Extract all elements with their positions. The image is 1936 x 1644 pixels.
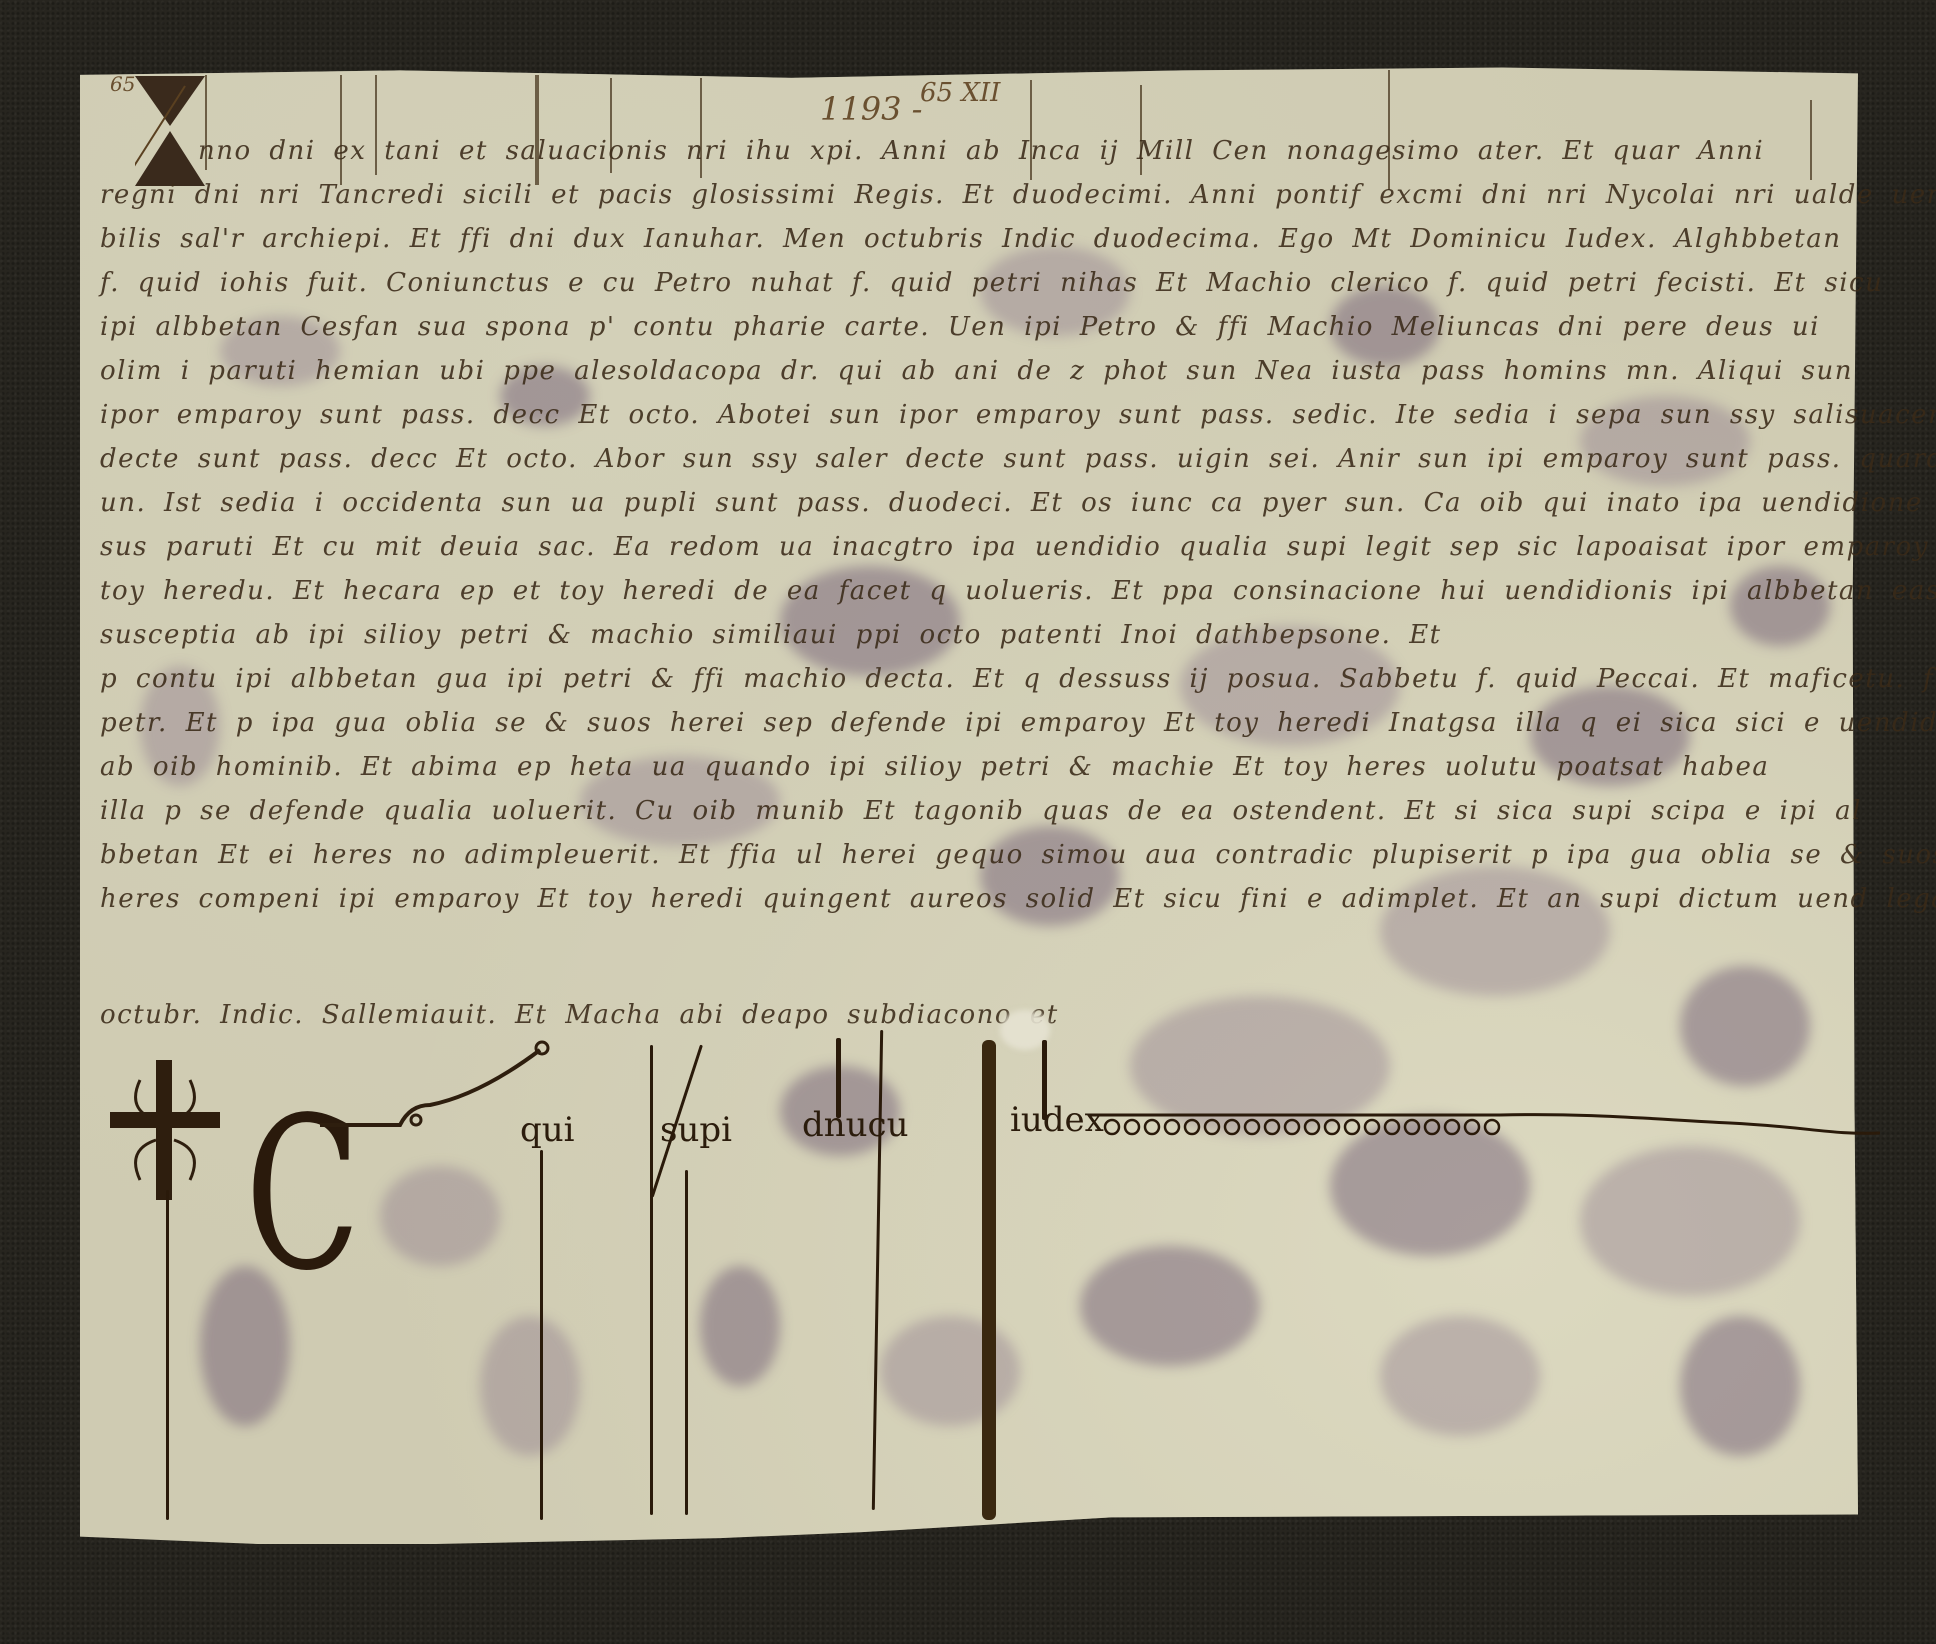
- text-line: bilis sal'r archiepi. Et ffi dni dux Ian…: [100, 224, 1841, 254]
- text-line: p contu ipi albbetan gua ipi petri & ffi…: [100, 664, 1936, 694]
- text-line: f. quid iohis fuit. Coniunctus e cu Petr…: [100, 268, 1883, 298]
- marginal-note-left: 65: [110, 72, 135, 96]
- subscription-word-dnucu: dnucu: [802, 1105, 909, 1145]
- text-line: un. Ist sedia i occidenta sun ua pupli s…: [100, 488, 1936, 518]
- text-line: decte sunt pass. decc Et octo. Abor sun …: [100, 444, 1936, 474]
- text-line: heres compeni ipi emparoy Et toy heredi …: [100, 884, 1936, 914]
- text-line: ipor emparoy sunt pass. decc Et octo. Ab…: [100, 400, 1936, 430]
- text-line: regni dni nri Tancredi sicili et pacis g…: [100, 180, 1936, 210]
- marginal-number: 65 XII: [920, 78, 1000, 108]
- text-line: sus paruti Et cu mit deuia sac. Ea redom…: [100, 532, 1936, 562]
- supi-stroke-2: [685, 1170, 688, 1515]
- text-line: petr. Et p ipa gua oblia se & suos herei…: [100, 708, 1936, 738]
- supi-stroke-1: [650, 1045, 653, 1515]
- marginal-date: 1193 -: [820, 90, 922, 128]
- text-line: ipi albbetan Cesfan sua spona p' contu p…: [100, 312, 1820, 342]
- iudex-staff-stroke: [982, 1040, 996, 1520]
- text-line: toy heredu. Et hecara ep et toy heredi d…: [100, 576, 1936, 606]
- text-line: susceptia ab ipi silioy petri & machio s…: [100, 620, 1442, 650]
- text-line: bbetan Et ei heres no adimpleuerit. Et f…: [100, 840, 1936, 870]
- subscription-word-qui: qui: [520, 1110, 575, 1150]
- ornate-initial-icon: [135, 76, 205, 186]
- text-line: olim i paruti hemian ubi ppe alesoldacop…: [100, 356, 1853, 386]
- dnucu-ascender: [836, 1038, 841, 1118]
- text-line: nno dni ex tani et saluacionis nri ihu x…: [198, 136, 1764, 166]
- ornamental-flourish-icon: [320, 1040, 550, 1130]
- signum-cross-icon: [110, 1060, 220, 1200]
- text-line: illa p se defende qualia uoluerit. Cu oi…: [100, 796, 1862, 826]
- text-line: ab oib hominib. Et abima ep heta ua quan…: [100, 752, 1769, 782]
- cross-tail-stroke: [166, 1190, 169, 1520]
- spiral-flourish-line-icon: [1090, 1105, 1880, 1145]
- qui-stroke: [540, 1150, 543, 1520]
- text-line: octubr. Indic. Sallemiauit. Et Macha abi…: [100, 1000, 1059, 1030]
